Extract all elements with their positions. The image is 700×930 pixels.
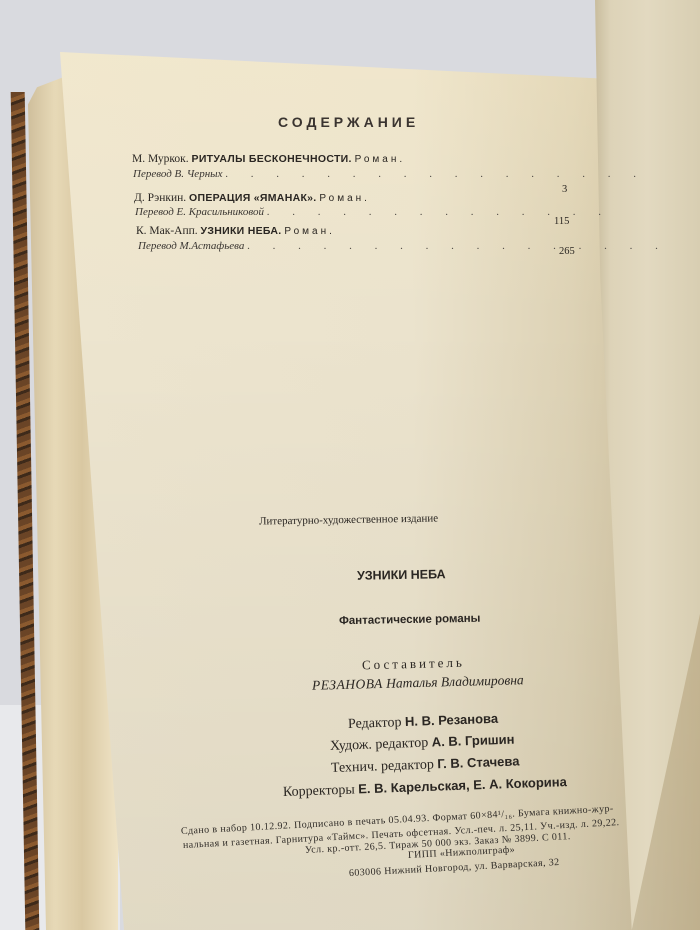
toc-work-title: ОПЕРАЦИЯ «ЯМАНАК». xyxy=(189,192,317,204)
toc-leader-dots: . . . . . . . . . . . . . . . . . xyxy=(247,240,668,252)
credit-name: Г. В. Стачева xyxy=(437,753,520,771)
toc-entry-2: Д. Рэнкин. ОПЕРАЦИЯ «ЯМАНАК». Роман. xyxy=(134,192,370,204)
credit-role: Корректоры xyxy=(283,782,355,799)
toc-page-number-1: 3 xyxy=(562,184,567,195)
credit-role: Редактор xyxy=(348,715,402,732)
book-title: УЗНИКИ НЕБА xyxy=(357,567,446,583)
toc-translation-1: Перевод В. Черных . . . . . . . . . . . … xyxy=(133,168,646,180)
toc-author: Д. Рэнкин. xyxy=(134,192,186,204)
toc-author: К. Мак-Апп. xyxy=(136,225,198,237)
toc-translator: Перевод В. Черных xyxy=(133,168,222,180)
compiler-surname: РЕЗАНОВА xyxy=(312,676,383,693)
toc-leader-dots: . . . . . . . . . . . . . . . . . xyxy=(225,168,646,180)
toc-entry-1: М. Муркок. РИТУАЛЫ БЕСКОНЕЧНОСТИ. Роман. xyxy=(132,153,405,165)
credit-role: Технич. редактор xyxy=(331,757,434,776)
toc-title: СОДЕРЖАНИЕ xyxy=(278,114,419,130)
toc-work-title: РИТУАЛЫ БЕСКОНЕЧНОСТИ. xyxy=(192,153,352,165)
toc-author: М. Муркок. xyxy=(132,153,189,165)
book-subtitle: Фантастические романы xyxy=(339,613,481,627)
toc-work-title: УЗНИКИ НЕБА. xyxy=(201,225,282,237)
toc-page-number-3: 265 xyxy=(559,246,575,257)
toc-genre: Роман. xyxy=(319,193,370,204)
credit-name: Н. В. Резанова xyxy=(405,711,499,729)
compiler-label: Составитель xyxy=(362,655,465,674)
toc-genre: Роман. xyxy=(284,226,335,237)
toc-translator: Перевод М.Астафьева xyxy=(138,240,244,252)
compiler-given-name: Наталья Владимировна xyxy=(386,672,524,691)
toc-translator: Перевод Е. Красильниковой xyxy=(135,206,264,218)
toc-genre: Роман. xyxy=(355,154,406,165)
toc-translation-3: Перевод М.Астафьева . . . . . . . . . . … xyxy=(138,240,668,252)
toc-entry-3: К. Мак-Апп. УЗНИКИ НЕБА. Роман. xyxy=(136,225,335,237)
credit-name: А. В. Гришин xyxy=(432,732,515,750)
toc-translation-2: Перевод Е. Красильниковой . . . . . . . … xyxy=(135,206,611,218)
toc-page-number-2: 115 xyxy=(554,216,569,227)
credit-role: Худож. редактор xyxy=(330,736,429,754)
